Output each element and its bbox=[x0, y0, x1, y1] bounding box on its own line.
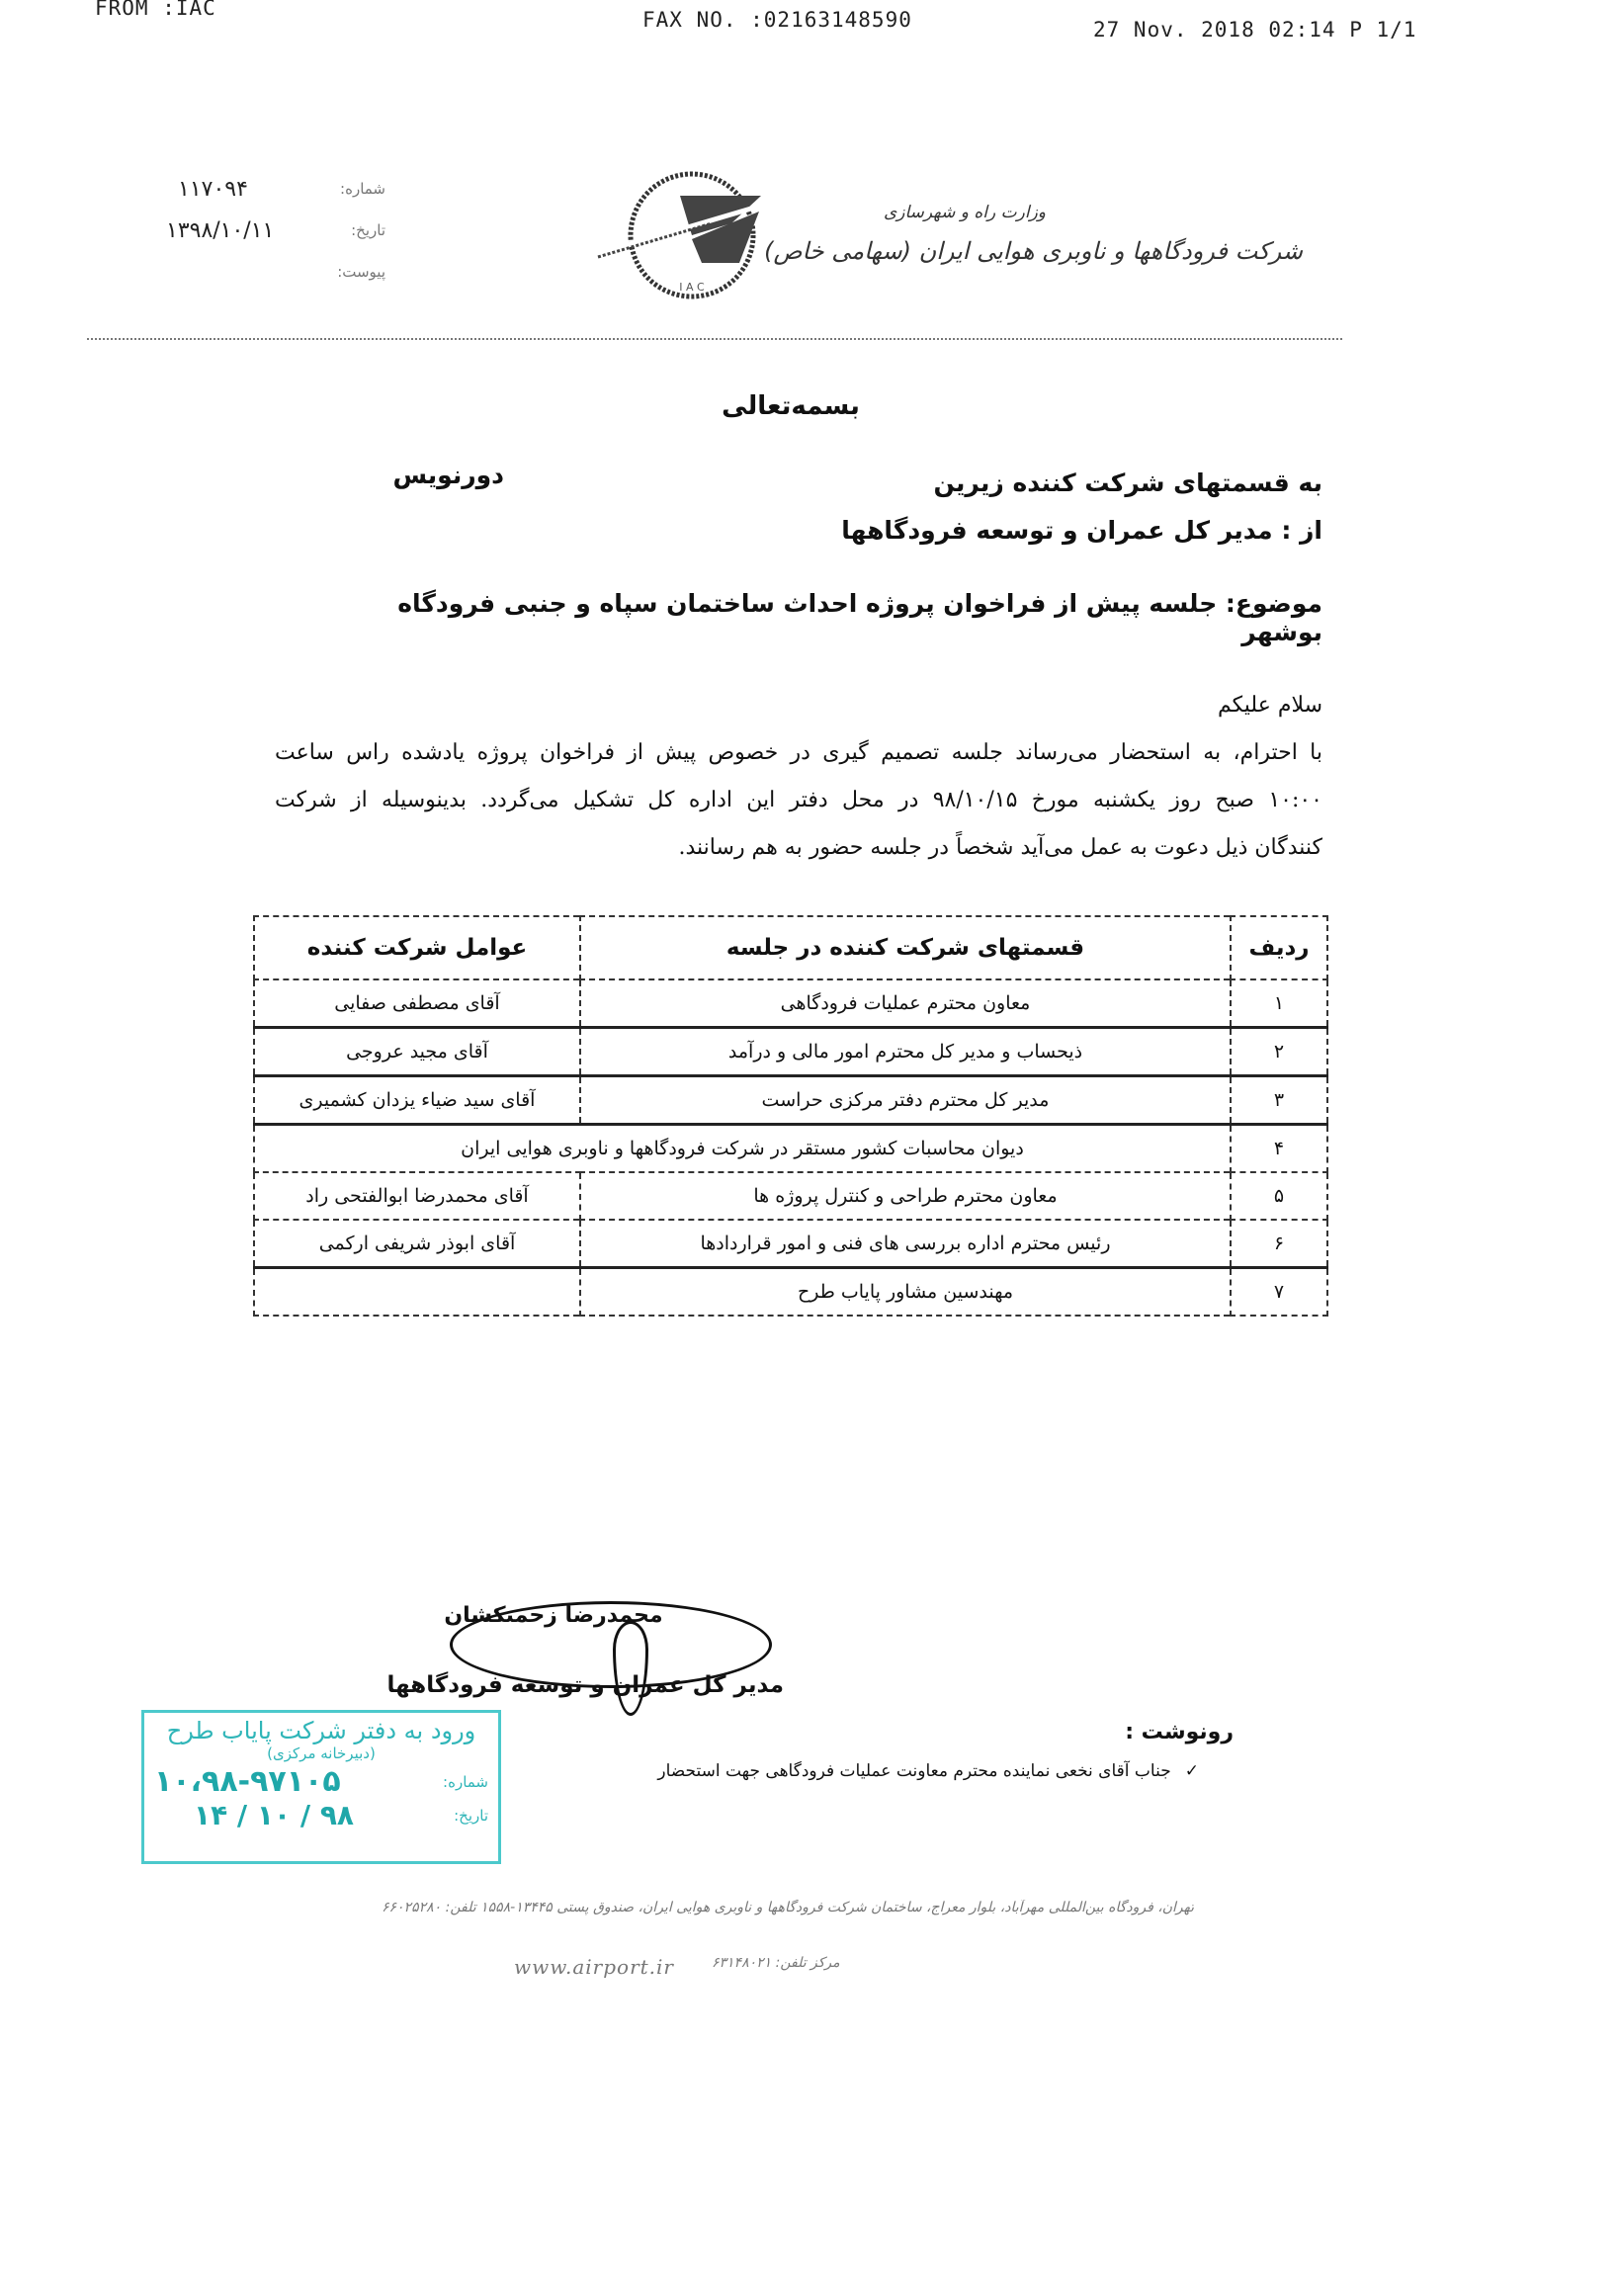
row-department: رئیس محترم اداره بررسی های فنی و امور قر… bbox=[580, 1220, 1231, 1268]
signatory-name: محمدرضا زحمتکشان bbox=[405, 1603, 702, 1628]
row-attendee: آقای ابوذر شریفی ارکمی bbox=[254, 1220, 580, 1268]
letter-body: سلام علیکم با احترام، به استحضار می‌رسان… bbox=[275, 682, 1322, 872]
table-row: ۲ ذیحساب و مدیر کل محترم امور مالی و درآ… bbox=[254, 1028, 1327, 1076]
stamp-date-row: تاریخ: ۹۸ / ۱۰ / ۱۴ bbox=[144, 1799, 498, 1831]
stamp-date-value: ۹۸ / ۱۰ / ۱۴ bbox=[194, 1799, 354, 1831]
fax-datetime: 27 Nov. 2018 02:14 P 1/1 bbox=[1093, 18, 1416, 42]
row-attendee: آقای سید ضیاء یزدان کشمیری bbox=[254, 1076, 580, 1125]
ministry-name: وزارت راه و شهرسازی bbox=[749, 203, 1046, 222]
attendees-table: ردیف قسمتهای شرکت کننده در جلسه عوامل شر… bbox=[253, 915, 1328, 1317]
table-row: ۷ مهندسین مشاور پایاب طرح bbox=[254, 1268, 1327, 1317]
letter-date: ۱۳۹۸/۱۰/۱۱ bbox=[166, 218, 274, 243]
letter-attachment-label: پیوست: bbox=[337, 263, 385, 281]
letter-subject: موضوع: جلسه پیش از فراخوان پروژه احداث س… bbox=[334, 589, 1322, 646]
row-attendee: آقای مجید عروجی bbox=[254, 1028, 580, 1076]
body-line-3: کنندگان ذیل دعوت به عمل می‌آید شخصاً در … bbox=[275, 824, 1322, 872]
letter-number-label: شماره: bbox=[340, 180, 385, 198]
table-header-row: ردیف قسمتهای شرکت کننده در جلسه عوامل شر… bbox=[254, 916, 1327, 979]
row-number: ۲ bbox=[1231, 1028, 1327, 1076]
table-row: ۴ دیوان محاسبات کشور مستقر در شرکت فرودگ… bbox=[254, 1125, 1327, 1173]
letter-number: ۱۱۷۰۹۴ bbox=[178, 177, 248, 202]
footer-website: www.airport.ir bbox=[514, 1955, 674, 1979]
greeting: سلام علیکم bbox=[275, 682, 1322, 729]
row-department: معاون محترم طراحی و کنترل پروژه ها bbox=[580, 1172, 1231, 1220]
row-number: ۱ bbox=[1231, 979, 1327, 1028]
row-department: مدیر کل محترم دفتر مرکزی حراست bbox=[580, 1076, 1231, 1125]
table-row: ۵ معاون محترم طراحی و کنترل پروژه ها آقا… bbox=[254, 1172, 1327, 1220]
letter-meta: ۱۱۷۰۹۴ شماره: ۱۳۹۸/۱۰/۱۱ تاریخ: پیوست: bbox=[148, 168, 385, 293]
row-number: ۳ bbox=[1231, 1076, 1327, 1125]
fax-mark: دورنویس bbox=[376, 461, 504, 489]
row-attendee: آقای محمدرضا ابوالفتحی راد bbox=[254, 1172, 580, 1220]
table-row: ۶ رئیس محترم اداره بررسی های فنی و امور … bbox=[254, 1220, 1327, 1268]
letter-date-row: ۱۳۹۸/۱۰/۱۱ تاریخ: bbox=[148, 210, 385, 251]
fax-number: FAX NO. :02163148590 bbox=[642, 8, 912, 32]
row-number: ۷ bbox=[1231, 1268, 1327, 1317]
letter-attachment-row: پیوست: bbox=[148, 251, 385, 293]
row-number: ۵ bbox=[1231, 1172, 1327, 1220]
letter-date-label: تاریخ: bbox=[351, 221, 385, 239]
row-department: دیوان محاسبات کشور مستقر در شرکت فرودگاه… bbox=[254, 1125, 1231, 1173]
row-attendee bbox=[254, 1268, 580, 1317]
header-attendee: عوامل شرکت کننده bbox=[254, 916, 580, 979]
row-number: ۴ bbox=[1231, 1125, 1327, 1173]
letter-from: از : مدیر کل عمران و توسعه فرودگاهها bbox=[532, 516, 1322, 545]
stamp-number-value: ۱۰،۹۸-۹۷۱۰۵ bbox=[154, 1764, 341, 1799]
fax-from: FROM :IAC bbox=[95, 0, 216, 20]
row-department: ذیحساب و مدیر کل محترم امور مالی و درآمد bbox=[580, 1028, 1231, 1076]
signature-loop bbox=[613, 1621, 648, 1716]
row-department: مهندسین مشاور پایاب طرح bbox=[580, 1268, 1231, 1317]
footer-address: تهران، فرودگاه بین‌المللی مهرآباد، بلوار… bbox=[383, 1900, 1194, 1915]
signatory-title: مدیر کل عمران و توسعه فرودگاهها bbox=[369, 1672, 784, 1698]
stamp-number-label: شماره: bbox=[443, 1773, 488, 1791]
header-divider bbox=[87, 338, 1342, 340]
row-attendee: آقای مصطفی صفایی bbox=[254, 979, 580, 1028]
letter-to: به قسمتهای شرکت کننده زیرین bbox=[532, 468, 1322, 497]
stamp-number-row: شماره: ۱۰،۹۸-۹۷۱۰۵ bbox=[144, 1764, 498, 1799]
table-row: ۳ مدیر کل محترم دفتر مرکزی حراست آقای سی… bbox=[254, 1076, 1327, 1125]
cc-label: رونوشت : bbox=[1036, 1720, 1234, 1744]
cc-item-text: جناب آقای نخعی نماینده محترم معاونت عملی… bbox=[657, 1761, 1170, 1781]
received-stamp: ورود به دفتر شرکت پایاب طرح (دبیرخانه مر… bbox=[141, 1710, 501, 1864]
row-department: معاون محترم عملیات فرودگاهی bbox=[580, 979, 1231, 1028]
header-department: قسمتهای شرکت کننده در جلسه bbox=[580, 916, 1231, 979]
stamp-title: ورود به دفتر شرکت پایاب طرح bbox=[144, 1717, 498, 1744]
iac-logo-icon: I A C bbox=[593, 166, 761, 304]
letter-number-row: ۱۱۷۰۹۴ شماره: bbox=[148, 168, 385, 210]
body-line-1: با احترام، به استحضار می‌رساند جلسه تصمی… bbox=[275, 729, 1322, 777]
body-line-2: ۱۰:۰۰ صبح روز یکشنبه مورخ ۹۸/۱۰/۱۵ در مح… bbox=[275, 777, 1322, 824]
check-icon: ✓ bbox=[1185, 1761, 1199, 1781]
company-name: شرکت فرودگاهها و ناوبری هوایی ایران (سها… bbox=[611, 237, 1303, 265]
cc-item: ✓ جناب آقای نخعی نماینده محترم معاونت عم… bbox=[507, 1761, 1199, 1781]
logo-letters: I A C bbox=[679, 281, 705, 294]
row-number: ۶ bbox=[1231, 1220, 1327, 1268]
header-row-number: ردیف bbox=[1231, 916, 1327, 979]
table-row: ۱ معاون محترم عملیات فرودگاهی آقای مصطفی… bbox=[254, 979, 1327, 1028]
invocation: بسمه‌تعالی bbox=[642, 391, 939, 421]
footer-phone-center: مرکز تلفن: ۶۳۱۴۸۰۲۱ bbox=[712, 1955, 909, 1971]
stamp-subtitle: (دبیرخانه مرکزی) bbox=[144, 1744, 498, 1762]
stamp-date-label: تاریخ: bbox=[454, 1807, 488, 1825]
